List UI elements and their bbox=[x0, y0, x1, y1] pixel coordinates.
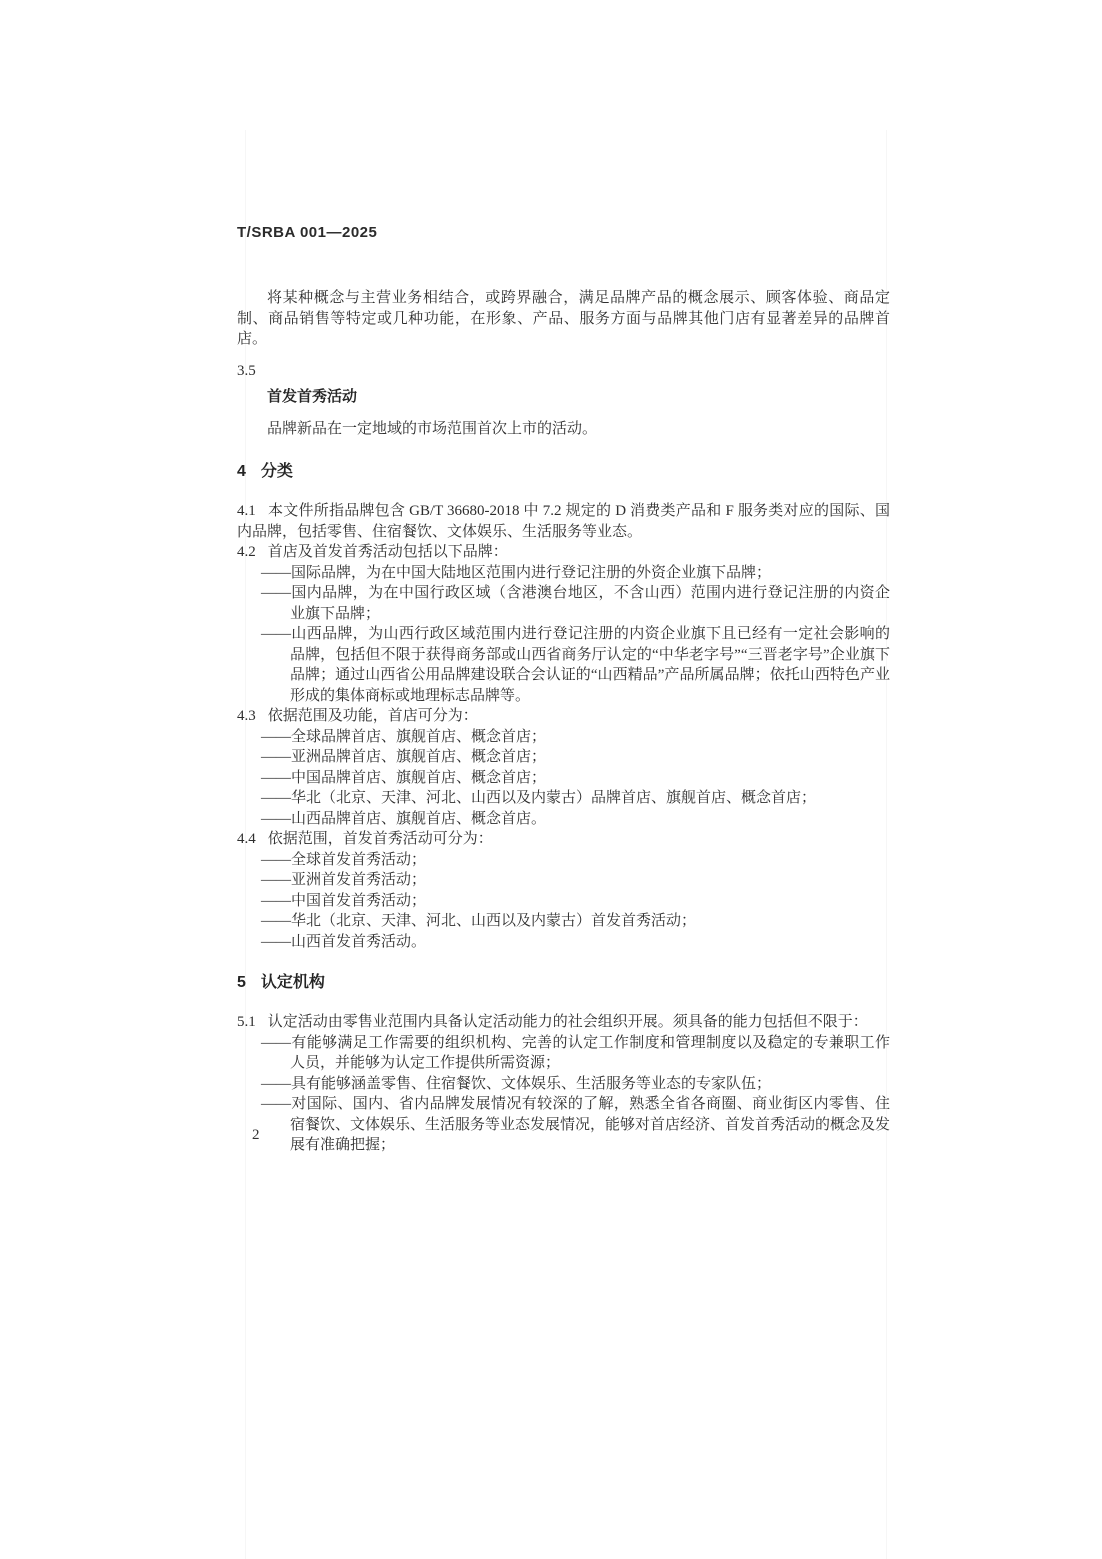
page-number: 2 bbox=[252, 1127, 260, 1144]
clause-4-4-number: 4.4 bbox=[237, 831, 256, 847]
definition-paragraph: 将某种概念与主营业务相结合，或跨界融合，满足品牌产品的概念展示、顾客体验、商品定… bbox=[237, 288, 890, 350]
clause-4-3-list: ——全球品牌首店、旗舰首店、概念首店； ——亚洲品牌首店、旗舰首店、概念首店； … bbox=[237, 727, 890, 830]
list-item: ——中国品牌首店、旗舰首店、概念首店； bbox=[237, 768, 890, 789]
list-item: ——具有能够涵盖零售、住宿餐饮、文体娱乐、生活服务等业态的专家队伍； bbox=[237, 1074, 890, 1095]
list-item-text: 全球首发首秀活动； bbox=[291, 852, 426, 868]
list-item-text: 国内品牌，为在中国行政区域（含港澳台地区，不含山西）范围内进行登记注册的内资企业… bbox=[290, 585, 890, 622]
section-5-heading: 5认定机构 bbox=[237, 972, 890, 994]
list-item-text: 华北（北京、天津、河北、山西以及内蒙古）首发首秀活动； bbox=[291, 913, 696, 929]
clause-4-2-list: ——国际品牌，为在中国大陆地区范围内进行登记注册的外资企业旗下品牌； ——国内品… bbox=[237, 563, 890, 707]
dash-marker: —— bbox=[261, 729, 291, 745]
list-item-text: 具有能够涵盖零售、住宿餐饮、文体娱乐、生活服务等业态的专家队伍； bbox=[291, 1076, 771, 1092]
dash-marker: —— bbox=[261, 565, 291, 581]
clause-5-1: 5.1认定活动由零售业范围内具备认定活动能力的社会组织开展。须具备的能力包括但不… bbox=[237, 1012, 890, 1033]
dash-marker: —— bbox=[261, 811, 291, 827]
list-item-text: 山西品牌首店、旗舰首店、概念首店。 bbox=[291, 811, 546, 827]
section-4-heading: 4分类 bbox=[237, 461, 890, 483]
list-item-text: 中国首发首秀活动； bbox=[291, 893, 426, 909]
list-item: ——全球品牌首店、旗舰首店、概念首店； bbox=[237, 727, 890, 748]
clause-4-2: 4.2首店及首发首秀活动包括以下品牌： bbox=[237, 542, 890, 563]
dash-marker: —— bbox=[261, 749, 291, 765]
list-item: ——有能够满足工作需要的组织机构、完善的认定工作制度和管理制度以及稳定的专兼职工… bbox=[237, 1033, 890, 1074]
clause-4-1-number: 4.1 bbox=[237, 503, 256, 519]
clause-4-4: 4.4依据范围，首发首秀活动可分为： bbox=[237, 829, 890, 850]
list-item: ——对国际、国内、省内品牌发展情况有较深的了解，熟悉全省各商圈、商业街区内零售、… bbox=[237, 1094, 890, 1156]
clause-5-1-text: 认定活动由零售业范围内具备认定活动能力的社会组织开展。须具备的能力包括但不限于： bbox=[268, 1014, 868, 1030]
list-item-text: 中国品牌首店、旗舰首店、概念首店； bbox=[291, 770, 546, 786]
list-item: ——华北（北京、天津、河北、山西以及内蒙古）首发首秀活动； bbox=[237, 911, 890, 932]
doc-code-header: T/SRBA 001—2025 bbox=[237, 224, 377, 241]
clause-4-3-number: 4.3 bbox=[237, 708, 256, 724]
dash-marker: —— bbox=[261, 1035, 291, 1051]
clause-5-1-number: 5.1 bbox=[237, 1014, 256, 1030]
list-item: ——全球首发首秀活动； bbox=[237, 850, 890, 871]
dash-marker: —— bbox=[261, 852, 291, 868]
clause-4-1: 4.1本文件所指品牌包含 GB/T 36680-2018 中 7.2 规定的 D… bbox=[237, 501, 890, 542]
list-item-text: 山西品牌，为山西行政区域范围内进行登记注册的内资企业旗下且已经有一定社会影响的品… bbox=[290, 626, 890, 704]
dash-marker: —— bbox=[261, 934, 291, 950]
list-item: ——山西品牌首店、旗舰首店、概念首店。 bbox=[237, 809, 890, 830]
list-item-text: 对国际、国内、省内品牌发展情况有较深的了解，熟悉全省各商圈、商业街区内零售、住宿… bbox=[290, 1096, 890, 1153]
list-item: ——国际品牌，为在中国大陆地区范围内进行登记注册的外资企业旗下品牌； bbox=[237, 563, 890, 584]
clause-4-2-text: 首店及首发首秀活动包括以下品牌： bbox=[268, 544, 508, 560]
clause-4-3-text: 依据范围及功能，首店可分为： bbox=[268, 708, 478, 724]
list-item-text: 有能够满足工作需要的组织机构、完善的认定工作制度和管理制度以及稳定的专兼职工作人… bbox=[290, 1035, 890, 1072]
dash-marker: —— bbox=[261, 1096, 291, 1112]
list-item-text: 山西首发首秀活动。 bbox=[291, 934, 426, 950]
dash-marker: —— bbox=[261, 770, 291, 786]
clause-4-2-number: 4.2 bbox=[237, 544, 256, 560]
list-item-text: 亚洲首发首秀活动； bbox=[291, 872, 426, 888]
clause-4-4-text: 依据范围，首发首秀活动可分为： bbox=[268, 831, 493, 847]
list-item: ——中国首发首秀活动； bbox=[237, 891, 890, 912]
document-body: 将某种概念与主营业务相结合，或跨界融合，满足品牌产品的概念展示、顾客体验、商品定… bbox=[237, 288, 890, 1156]
section-4-number: 4 bbox=[237, 463, 246, 480]
list-item: ——华北（北京、天津、河北、山西以及内蒙古）品牌首店、旗舰首店、概念首店； bbox=[237, 788, 890, 809]
dash-marker: —— bbox=[261, 1076, 291, 1092]
clause-5-1-list: ——有能够满足工作需要的组织机构、完善的认定工作制度和管理制度以及稳定的专兼职工… bbox=[237, 1033, 890, 1156]
dash-marker: —— bbox=[261, 790, 291, 806]
list-item-text: 全球品牌首店、旗舰首店、概念首店； bbox=[291, 729, 546, 745]
list-item: ——亚洲首发首秀活动； bbox=[237, 870, 890, 891]
term-number: 3.5 bbox=[237, 361, 890, 382]
document-page: T/SRBA 001—2025 将某种概念与主营业务相结合，或跨界融合，满足品牌… bbox=[0, 0, 1102, 1559]
dash-marker: —— bbox=[261, 872, 291, 888]
dash-marker: —— bbox=[261, 585, 291, 601]
list-item: ——山西品牌，为山西行政区域范围内进行登记注册的内资企业旗下且已经有一定社会影响… bbox=[237, 624, 890, 706]
dash-marker: —— bbox=[261, 626, 291, 642]
dash-marker: —— bbox=[261, 913, 291, 929]
list-item-text: 亚洲品牌首店、旗舰首店、概念首店； bbox=[291, 749, 546, 765]
list-item-text: 国际品牌，为在中国大陆地区范围内进行登记注册的外资企业旗下品牌； bbox=[291, 565, 771, 581]
term-definition: 品牌新品在一定地域的市场范围首次上市的活动。 bbox=[237, 419, 890, 440]
list-item: ——亚洲品牌首店、旗舰首店、概念首店； bbox=[237, 747, 890, 768]
term-title: 首发首秀活动 bbox=[237, 387, 890, 408]
list-item: ——山西首发首秀活动。 bbox=[237, 932, 890, 953]
clause-4-1-text: 本文件所指品牌包含 GB/T 36680-2018 中 7.2 规定的 D 消费… bbox=[237, 503, 890, 540]
section-4-title: 分类 bbox=[261, 463, 293, 480]
clause-4-3: 4.3依据范围及功能，首店可分为： bbox=[237, 706, 890, 727]
list-item: ——国内品牌，为在中国行政区域（含港澳台地区，不含山西）范围内进行登记注册的内资… bbox=[237, 583, 890, 624]
clause-4-4-list: ——全球首发首秀活动； ——亚洲首发首秀活动； ——中国首发首秀活动； ——华北… bbox=[237, 850, 890, 953]
list-item-text: 华北（北京、天津、河北、山西以及内蒙古）品牌首店、旗舰首店、概念首店； bbox=[291, 790, 816, 806]
section-5-title: 认定机构 bbox=[261, 974, 325, 991]
dash-marker: —— bbox=[261, 893, 291, 909]
section-5-number: 5 bbox=[237, 974, 246, 991]
